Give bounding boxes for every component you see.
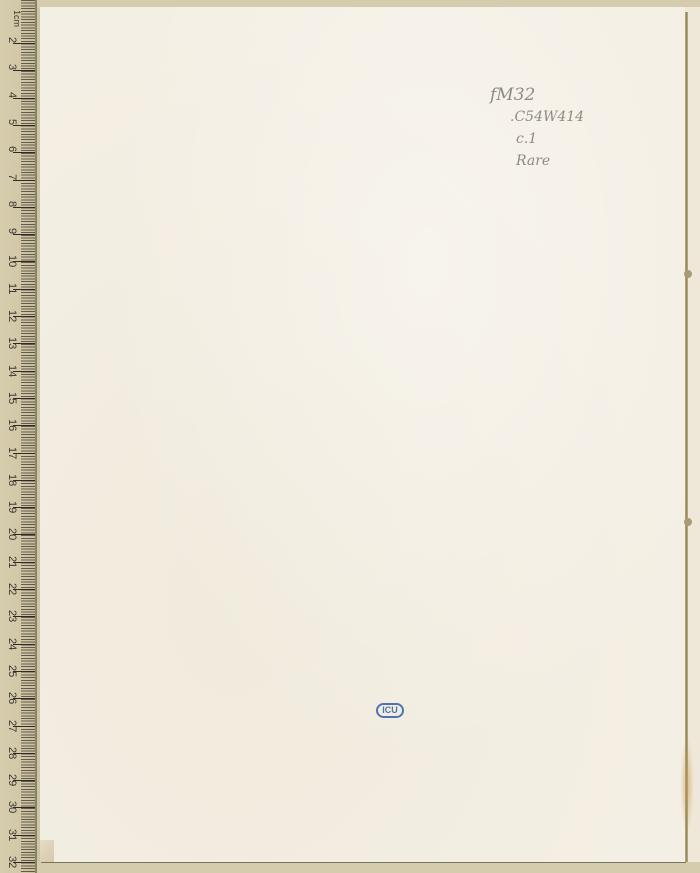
water-stain — [680, 735, 694, 835]
ruler-label: 11 — [6, 283, 18, 303]
ruler-label: 4 — [6, 92, 18, 112]
ruler-label: 19 — [6, 501, 18, 521]
ruler-label: 30 — [6, 801, 18, 821]
ruler-label: 8 — [6, 201, 18, 221]
page-corner-fold — [40, 840, 54, 862]
ruler-label: 6 — [6, 146, 18, 166]
ruler-label: 5 — [6, 119, 18, 139]
ruler-ticks — [21, 0, 35, 873]
ruler-label: 23 — [6, 610, 18, 630]
call-number-line-2: .C54W414 — [490, 106, 584, 128]
paper-page — [40, 7, 685, 862]
ruler-label: 21 — [6, 556, 18, 576]
ruler-label: 10 — [6, 255, 18, 275]
ruler-label: 18 — [6, 474, 18, 494]
ruler-label: 22 — [6, 583, 18, 603]
ruler-label: 12 — [6, 310, 18, 330]
ruler-label: 20 — [6, 528, 18, 548]
ruler-label: 32 — [6, 856, 18, 873]
pencil-call-number: fM32 .C54W414 c.1 Rare — [490, 84, 584, 172]
ruler-label: 13 — [6, 337, 18, 357]
copy-number: c.1 — [490, 128, 584, 150]
ruler-label: 17 — [6, 447, 18, 467]
ruler-label: 24 — [6, 638, 18, 658]
binding-hole — [684, 518, 692, 526]
ruler-label: 28 — [6, 747, 18, 767]
measuring-ruler: 1cm 234567891011121314151617181920212223… — [0, 0, 37, 873]
ruler-label: 25 — [6, 665, 18, 685]
collection-label: Rare — [490, 150, 584, 172]
ruler-label: 3 — [6, 64, 18, 84]
ruler-label: 7 — [6, 174, 18, 194]
ruler-label: 9 — [6, 228, 18, 248]
ruler-label: 14 — [6, 365, 18, 385]
ruler-label: 31 — [6, 829, 18, 849]
ruler-label: 29 — [6, 774, 18, 794]
scan-background-bottom — [37, 861, 700, 873]
binding-hole — [684, 270, 692, 278]
call-number-line-1: fM32 — [490, 84, 584, 106]
ruler-label: 15 — [6, 392, 18, 412]
ruler-label: 2 — [6, 37, 18, 57]
ruler-label: 16 — [6, 419, 18, 439]
library-stamp: ICU — [376, 703, 404, 718]
ruler-label: 27 — [6, 720, 18, 740]
ruler-unit-label: 1cm — [12, 10, 22, 30]
ruler-label: 26 — [6, 692, 18, 712]
